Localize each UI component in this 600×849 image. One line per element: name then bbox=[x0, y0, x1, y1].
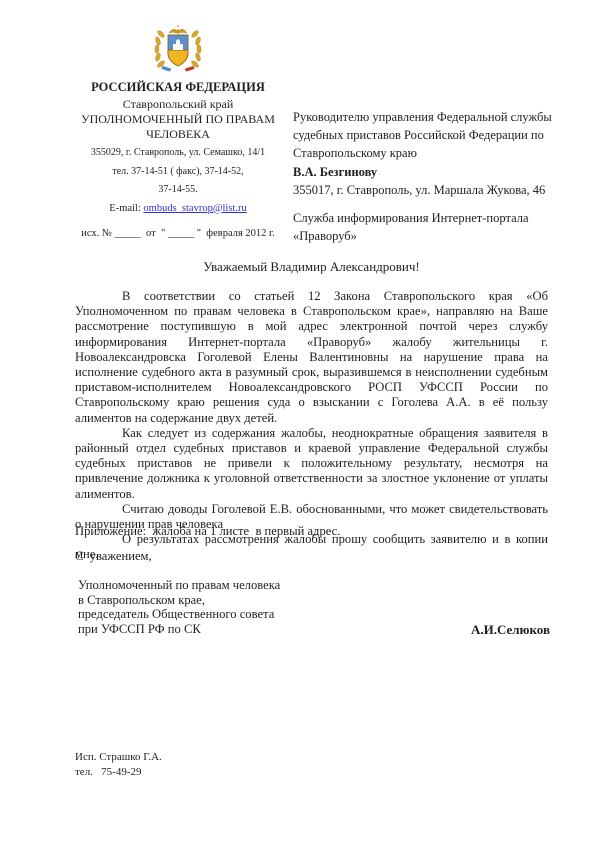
signer-title-line: в Ставропольском крае, bbox=[78, 593, 280, 608]
outgoing-reference-line: исх. № _____ от " _____ " февраля 2012 г… bbox=[62, 228, 294, 239]
letterhead-region: Ставропольский край bbox=[62, 97, 294, 112]
letterhead-postal-address: 355029, г. Ставрополь, ул. Семашко, 14/1 bbox=[62, 146, 294, 160]
letterhead: РОССИЙСКАЯ ФЕДЕРАЦИЯ Ставропольский край… bbox=[62, 24, 294, 239]
recipient-block: Руководителю управления Федеральной служ… bbox=[293, 108, 571, 245]
letter-body: В соответствии со статьей 12 Закона Став… bbox=[75, 289, 548, 563]
executor-phone: тел. 75-49-29 bbox=[75, 765, 162, 780]
letterhead-phone-line2: 37-14-55. bbox=[62, 183, 294, 197]
letterhead-office-line2: ЧЕЛОВЕКА bbox=[62, 128, 294, 142]
recipient-line: Ставропольскому краю bbox=[293, 144, 571, 162]
letterhead-phone-line1: тел. 37-14-51 ( факс), 37-14-52, bbox=[62, 165, 294, 179]
email-link[interactable]: ombuds_stavrop@list.ru bbox=[143, 203, 246, 214]
signer-title-line: председатель Общественного совета bbox=[78, 607, 280, 622]
copy-recipient-line: «Праворуб» bbox=[293, 227, 571, 245]
executor-name: Исп. Страшко Г.А. bbox=[75, 750, 162, 765]
attachment-line: Приложение: жалоба на 1 листе в первый а… bbox=[75, 524, 340, 539]
signer-name: А.И.Селюков bbox=[471, 622, 550, 638]
closing-salute: С уважением, bbox=[75, 549, 152, 564]
signer-title-line: Уполномоченный по правам человека bbox=[78, 578, 280, 593]
recipient-line: Руководителю управления Федеральной служ… bbox=[293, 108, 571, 126]
email-label: E-mail: bbox=[109, 203, 143, 214]
recipient-name: В.А. Безгинову bbox=[293, 163, 571, 181]
letterhead-office-line1: УПОЛНОМОЧЕННЫЙ ПО ПРАВАМ bbox=[62, 113, 294, 127]
coat-of-arms-icon bbox=[149, 24, 207, 76]
copy-recipient-block: Служба информирования Интернет-портала «… bbox=[293, 209, 571, 245]
signer-title-line: при УФССП РФ по СК bbox=[78, 622, 280, 637]
recipient-address: 355017, г. Ставрополь, ул. Маршала Жуков… bbox=[293, 181, 571, 199]
body-paragraph: Как следует из содержания жалобы, неодно… bbox=[75, 426, 548, 502]
letterhead-email-line: E-mail: ombuds_stavrop@list.ru bbox=[62, 203, 294, 214]
copy-recipient-line: Служба информирования Интернет-портала bbox=[293, 209, 571, 227]
signer-title-block: Уполномоченный по правам человека в Став… bbox=[78, 578, 280, 637]
letterhead-country: РОССИЙСКАЯ ФЕДЕРАЦИЯ bbox=[62, 80, 294, 95]
body-paragraph: В соответствии со статьей 12 Закона Став… bbox=[75, 289, 548, 426]
recipient-line: судебных приставов Российской Федерации … bbox=[293, 126, 571, 144]
letter-page: РОССИЙСКАЯ ФЕДЕРАЦИЯ Ставропольский край… bbox=[0, 0, 600, 849]
salutation: Уважаемый Владимир Александрович! bbox=[75, 259, 548, 275]
executor-block: Исп. Страшко Г.А. тел. 75-49-29 bbox=[75, 750, 162, 779]
